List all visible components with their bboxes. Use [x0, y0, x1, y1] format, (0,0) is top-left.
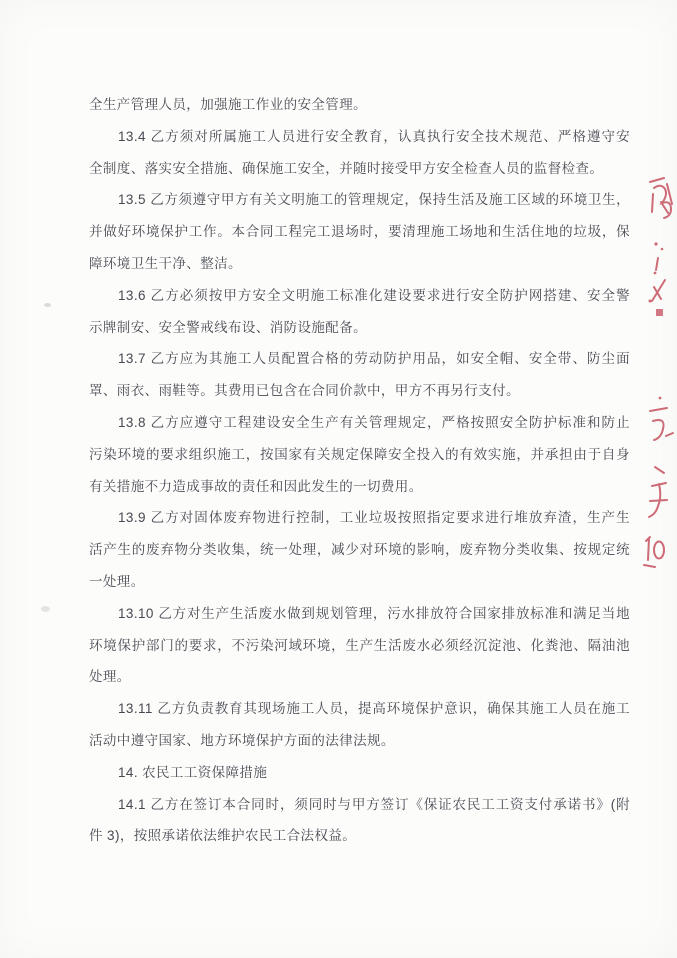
text-line: 罩、雨衣、雨鞋等。其费用已包含在合同价款中，甲方不再另行支付。	[89, 375, 630, 407]
text-line: 一处理。	[89, 566, 630, 598]
text-line: 环境保护部门的要求，不污染河域环境，生产生活废水必须经沉淀池、化粪池、隔油池	[89, 630, 630, 662]
text-line: 13.8 乙方应遵守工程建设安全生产有关管理规定，严格按照安全防护标准和防止	[89, 407, 630, 439]
text-line: 活动中遵守国家、地方环境保护方面的法律法规。	[89, 725, 630, 757]
text-line: 13.6 乙方必须按甲方安全文明施工标准化建设要求进行安全防护网搭建、安全警	[89, 280, 630, 312]
text-line: 件 3)，按照承诺依法维护农民工合法权益。	[89, 820, 630, 852]
text-line: 示牌制安、安全警戒线布设、消防设施配备。	[89, 312, 630, 344]
text-line: 障环境卫生干净、整洁。	[89, 248, 630, 280]
text-line: 全制度、落实安全措施、确保施工安全，并随时接受甲方安全检查人员的监督检查。	[89, 153, 630, 185]
red-ink-fragment-strokes	[640, 160, 677, 580]
text-line: 13.4 乙方须对所属施工人员进行安全教育，认真执行安全技术规范、严格遵守安	[89, 121, 630, 153]
text-line: 污染环境的要求组织施工，按国家有关规定保障安全投入的有效实施，并承担由于自身	[89, 439, 630, 471]
text-line: 14. 农民工工资保障措施	[89, 757, 630, 789]
text-line: 13.10 乙方对生产生活废水做到规划管理，污水排放符合国家排放标准和满足当地	[89, 598, 630, 630]
text-line: 13.5 乙方须遵守甲方有关文明施工的管理规定，保持生活及施工区域的环境卫生，	[89, 184, 630, 216]
scan-smudge	[44, 303, 51, 307]
text-line: 13.7 乙方应为其施工人员配置合格的劳动防护用品，如安全帽、安全带、防尘面	[89, 343, 630, 375]
text-line: 全生产管理人员，加强施工作业的安全管理。	[89, 89, 630, 121]
contract-text-body: 全生产管理人员，加强施工作业的安全管理。13.4 乙方须对所属施工人员进行安全教…	[89, 89, 630, 852]
red-ink-marks	[640, 160, 677, 580]
text-line: 13.11 乙方负责教育其现场施工人员，提高环境保护意识，确保其施工人员在施工	[89, 693, 630, 725]
text-line: 有关措施不力造成事故的责任和因此发生的一切费用。	[89, 471, 630, 503]
scan-smudge	[41, 606, 50, 612]
text-line: 并做好环境保护工作。本合同工程完工退场时，要清理施工场地和生活住地的垃圾，保	[89, 216, 630, 248]
text-line: 14.1 乙方在签订本合同时，须同时与甲方签订《保证农民工工资支付承诺书》(附	[89, 789, 630, 821]
text-line: 活产生的废弃物分类收集，统一处理，减少对环境的影响，废弃物分类收集、按规定统	[89, 534, 630, 566]
text-line: 13.9 乙方对固体废弃物进行控制，工业垃圾按照指定要求进行堆放弃渣，生产生	[89, 502, 630, 534]
text-line: 处理。	[89, 661, 630, 693]
scanned-contract-page: 全生产管理人员，加强施工作业的安全管理。13.4 乙方须对所属施工人员进行安全教…	[0, 0, 677, 958]
